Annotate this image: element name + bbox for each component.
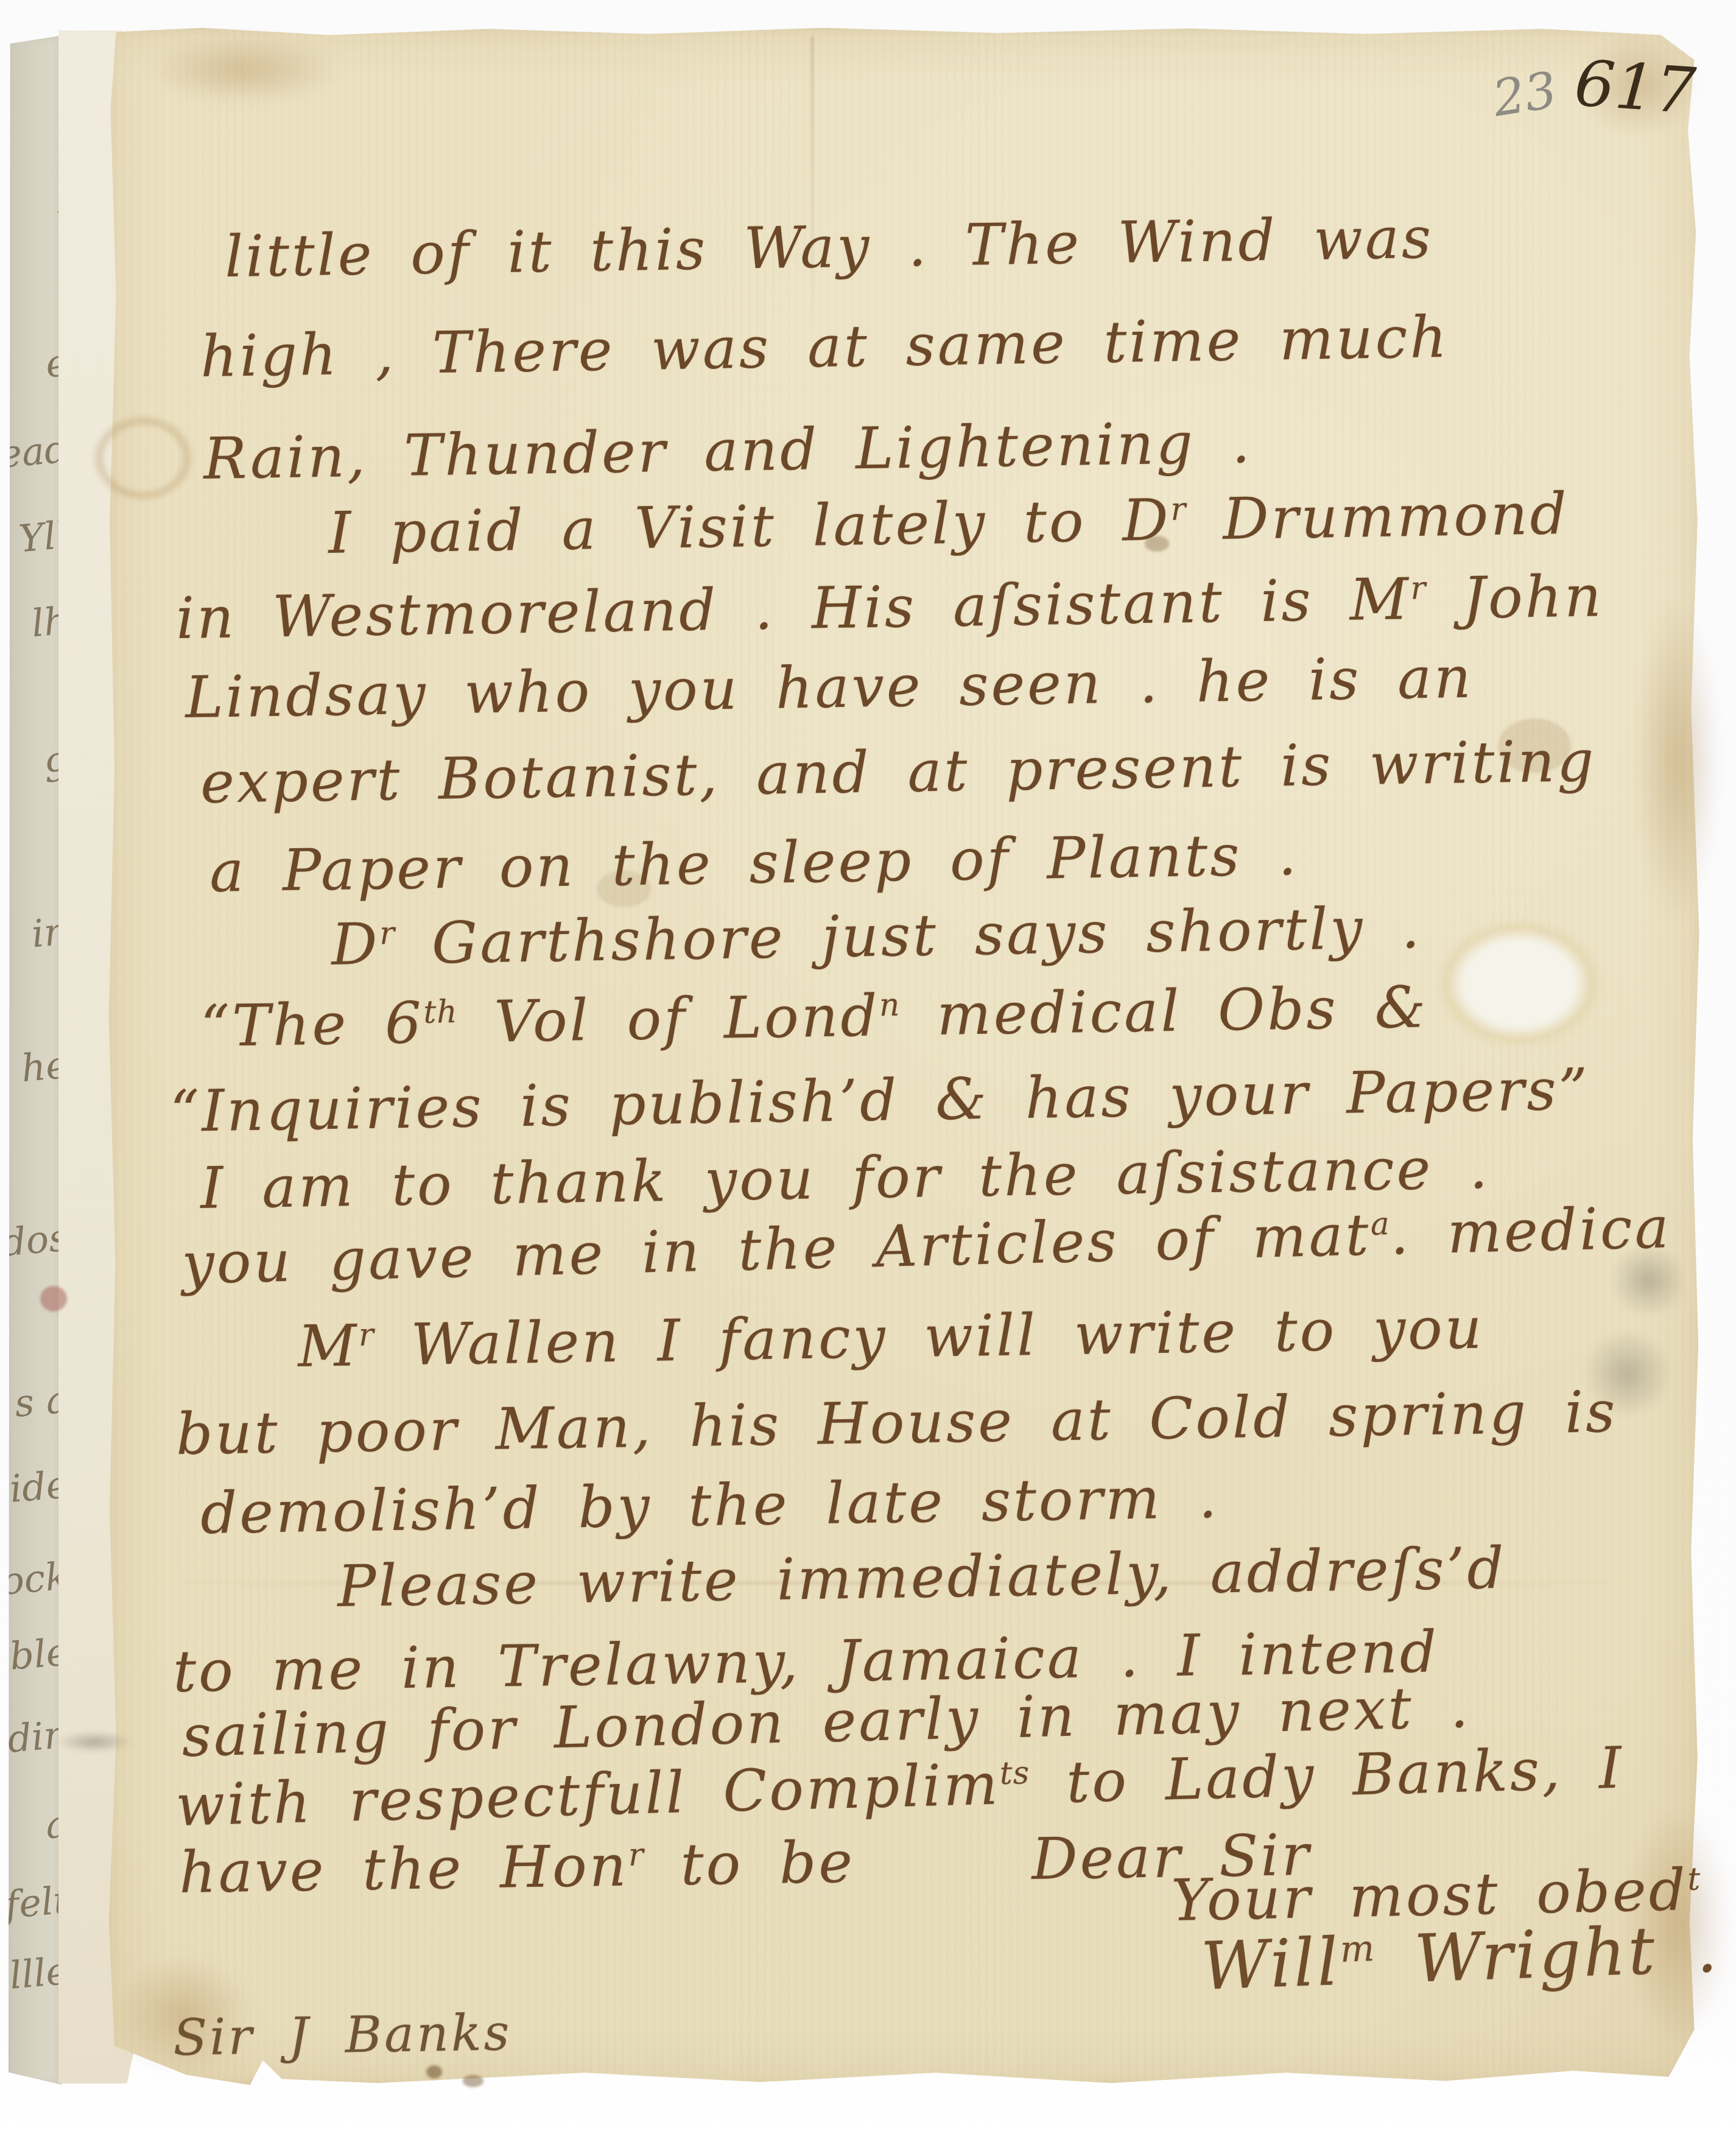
facing-page-edge: i e ead Yll lh 9 in he dos s a ide Lock … xyxy=(9,35,63,2085)
scanned-letter-page: i e ead Yll lh 9 in he dos s a ide Lock … xyxy=(0,0,1736,2131)
archival-ink-number: 617 xyxy=(1572,46,1698,128)
letter-line: have the Honr to be xyxy=(178,1830,855,1906)
archival-pencil-number: 23 xyxy=(1489,61,1561,128)
addressee-docket: Sir J Banks xyxy=(173,2004,513,2067)
